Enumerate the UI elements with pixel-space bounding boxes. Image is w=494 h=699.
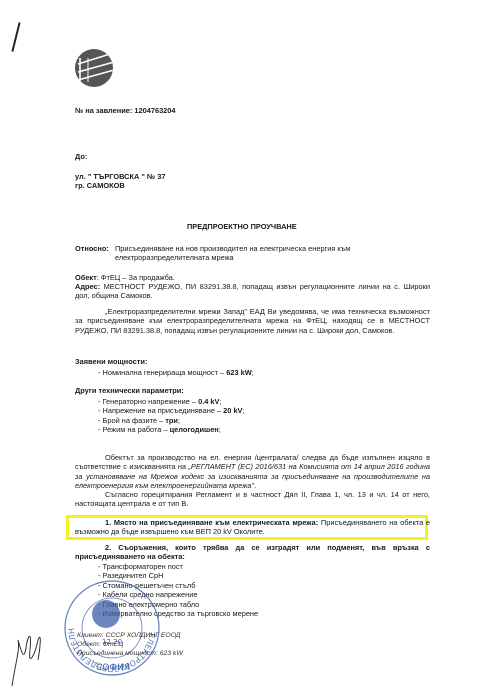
point-1-heading: 1. Място на присъединяване към електриче…: [105, 518, 318, 527]
param-item: - Генераторно напрежение – 0.4 kV;: [75, 397, 245, 406]
address-value: МЕСТНОСТ РУДЕЖО, ПИ 83291.38.8, попадащ …: [75, 282, 430, 300]
company-logo-icon: [74, 48, 114, 88]
object-value: : ФтЕЦ – За продажба.: [97, 273, 175, 282]
param-item: - Напрежение на присъединяване – 20 kV;: [75, 406, 245, 415]
other-params-list: - Генераторно напрежение – 0.4 kV; - Нап…: [75, 397, 245, 435]
recipient-city: гр. САМОКОВ: [75, 181, 125, 190]
object-label: Обект: [75, 273, 97, 282]
object-line: Обект: ФтЕЦ – За продажба.: [75, 273, 175, 282]
recipient-to-label: До:: [75, 152, 87, 161]
footer-power: Присъединена мощност: 623 kW: [77, 649, 183, 658]
param-item: - Режим на работа – целогодишен;: [75, 425, 245, 434]
footer-block: Клиент: СССР ХОЛДИНГ ЕООД Обект: ФтЕЦ Пр…: [77, 631, 183, 658]
other-params-heading: Други технически параметри:: [75, 386, 184, 395]
point-2-heading: 2. Съоръжения, които трябва да се изград…: [75, 543, 430, 562]
equipment-item: - Трансформаторен пост: [75, 562, 258, 571]
application-number-line: № на завление: 1204763204: [75, 106, 176, 115]
signature-icon: [8, 620, 48, 690]
footer-object: Обект: ФтЕЦ: [77, 640, 183, 649]
subject-label: Относно:: [75, 244, 115, 263]
subject-block: Относно: Присъединяване на нов производи…: [75, 244, 435, 263]
svg-text:СОФИЯ: СОФИЯ: [96, 663, 130, 673]
intro-paragraph: „Електроразпределителни мрежи Запад" ЕАД…: [75, 307, 430, 335]
declared-power-heading: Заявени мощности:: [75, 357, 147, 366]
document-title: ПРЕДПРОЕКТНО ПРОУЧВАНЕ: [187, 222, 297, 231]
application-number: 1204763204: [134, 106, 175, 115]
subject-text: Присъединяване на нов производител на ел…: [115, 244, 435, 263]
address-label: Адрес:: [75, 282, 100, 291]
pen-mark: [11, 22, 20, 52]
address-line: Адрес: МЕСТНОСТ РУДЕЖО, ПИ 83291.38.8, п…: [75, 282, 430, 301]
type-paragraph: Съгласно горецитирания Регламент и в час…: [75, 490, 430, 509]
company-stamp-icon: ЕЛЕКТРОРАЗПРЕДЕЛИТЕЛНИ МРЕЖИ ЗАПАД 12.20…: [62, 578, 162, 678]
application-number-label: № на завление:: [75, 106, 132, 115]
declared-power-item: - Номинална генерираща мощност – 623 kW;: [75, 368, 254, 377]
regulation-paragraph: Обектът за производство на ел. енергия /…: [75, 453, 430, 491]
footer-client: Клиент: СССР ХОЛДИНГ ЕООД: [77, 631, 183, 640]
recipient-street: ул. " ТЪРГОВСКА " № 37: [75, 172, 165, 181]
param-item: - Брой на фазите – три;: [75, 416, 245, 425]
point-1: 1. Място на присъединяване към електриче…: [75, 518, 430, 537]
